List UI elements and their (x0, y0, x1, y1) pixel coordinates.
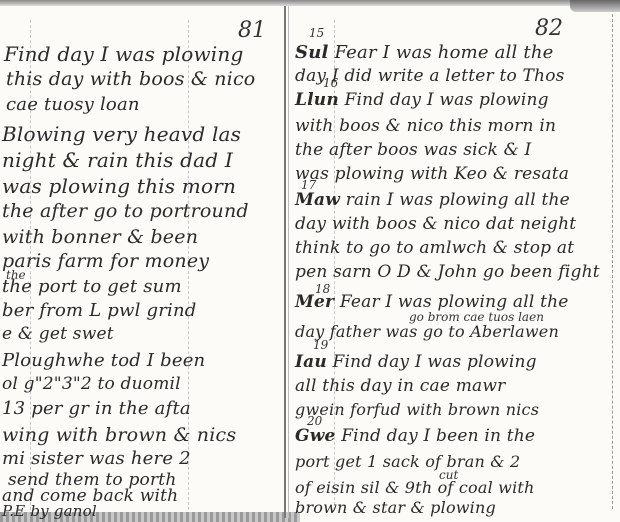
left-page: 81 Find day I was plowing this day with … (0, 0, 284, 522)
entry-text: Find day I been in the (341, 426, 535, 446)
entry-date: 16 (323, 76, 338, 90)
diary-line: Find day I was plowing (4, 42, 243, 66)
diary-line: Ploughwhe tod I been (2, 350, 205, 371)
page-number: 81 (238, 18, 266, 43)
diary-line: 13 per gr in the afta (2, 398, 191, 419)
diary-line: ber from L pwl grind (2, 300, 196, 321)
diary-line: gwein forfud with brown nics (295, 400, 539, 419)
diary-entry-first-line: Iau Find day I was plowing (295, 352, 537, 372)
diary-line: pen sarn O D & John go been fight (295, 262, 600, 282)
weekday-label: Llun (295, 90, 339, 110)
entry-text: Fear I was home all the (334, 42, 553, 63)
right-page-margin-line (612, 14, 614, 509)
diary-line: paris farm for money (2, 250, 209, 272)
entry-text: Fear I was plowing all the (340, 292, 569, 312)
diary-entry-first-line: Maw rain I was plowing all the (295, 190, 570, 210)
entry-text: Find day I was plowing (333, 352, 537, 372)
entry-date: 15 (309, 26, 324, 40)
diary-line: of eisin sil & 9th of coal with (295, 478, 535, 497)
diary-line: the after go to portround (2, 200, 249, 222)
diary-line: port get 1 sack of bran & 2 (295, 452, 520, 471)
entry-date: 19 (313, 338, 328, 352)
diary-line: wing with brown & nics (2, 424, 236, 446)
diary-line: all this day in cae mawr (295, 376, 505, 396)
diary-line: with boos & nico this morn in (295, 116, 556, 136)
weekday-label: Gwe (295, 426, 336, 446)
entry-text: Find day I was plowing (345, 90, 549, 110)
diary-line: cae tuosy loan (6, 94, 140, 115)
diary-line: ol g"2"3"2 to duomil (2, 374, 181, 394)
diary-line: day with boos & nico dat neight (295, 214, 576, 234)
weekday-label: Mer (295, 292, 334, 312)
right-page: 82 15 Sul Fear I was home all the day I … (289, 0, 612, 522)
diary-entry-first-line: Sul Fear I was home all the (295, 42, 554, 63)
diary-entry-first-line: Llun Find day I was plowing (295, 90, 549, 110)
diary-line: was plowing this morn (2, 174, 236, 198)
diary-line: the port to get sum (2, 276, 182, 297)
diary-line: P.E by ganol (2, 502, 97, 520)
diary-line: brown & star & plowing (295, 498, 496, 517)
weekday-label: Sul (295, 42, 329, 63)
diary-entry-first-line: Mer Fear I was plowing all the (295, 292, 569, 312)
entry-text: rain I was plowing all the (346, 190, 570, 210)
diary-line: Blowing very heavd las (2, 122, 241, 146)
diary-line: was plowing with Keo & resata (295, 164, 569, 184)
diary-line: the after boos was sick & I (295, 140, 531, 160)
diary-line: this day with boos & nico (6, 68, 255, 90)
weekday-label: Maw (295, 190, 340, 210)
diary-line: think to go to amlwch & stop at (295, 238, 574, 258)
diary-line: with bonner & been (2, 226, 198, 248)
diary-entry-first-line: Gwe Find day I been in the (295, 426, 535, 446)
diary-line: night & rain this dad I (2, 148, 233, 172)
diary-line: day father was go to Aberlawen (295, 322, 559, 341)
diary-line: e & get swet (2, 324, 114, 344)
book-gutter (284, 6, 286, 518)
diary-line: mi sister was here 2 (2, 448, 191, 469)
page-number: 82 (535, 16, 563, 41)
weekday-label: Iau (295, 352, 327, 372)
